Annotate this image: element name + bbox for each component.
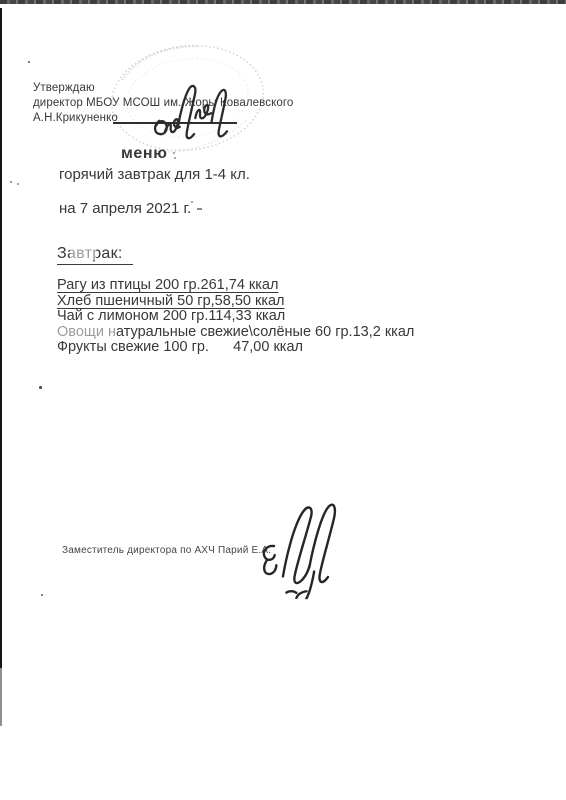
scan-left-edge-fade-artifact	[0, 668, 2, 726]
scan-speck	[10, 181, 12, 183]
deputy-signer-title: Заместитель директора по АХЧ Парий Е.А.	[62, 545, 271, 557]
scan-dash-artifact	[197, 208, 202, 210]
menu-item: Фрукты свежие 100 гр. 47,00 ккал	[57, 340, 414, 356]
scan-speck	[17, 183, 19, 185]
menu-item-list: Рагу из птицы 200 гр.261,74 ккал Хлеб пш…	[57, 278, 414, 356]
scan-top-edge-artifact	[0, 0, 566, 4]
scan-speck	[39, 386, 42, 389]
scan-speck	[41, 594, 43, 596]
menu-item: Хлеб пшеничный 50 гр,58,50 ккал	[57, 294, 414, 310]
scan-speck	[173, 152, 175, 154]
scan-speck	[174, 157, 176, 159]
scanned-menu-document: Утверждаю директор МБОУ МСОШ им. Жоры Ко…	[0, 0, 566, 800]
scan-speck	[28, 61, 30, 63]
document-date: на 7 апреля 2021 г.	[59, 200, 191, 217]
deputy-director-signature	[256, 494, 344, 601]
document-title: меню	[121, 146, 167, 162]
scan-left-edge-artifact	[0, 8, 2, 668]
menu-item: Овощи натуральные свежие\солёные 60 гр.1…	[57, 325, 414, 341]
meal-section-heading: Завтрак:	[57, 246, 133, 265]
director-signature	[147, 75, 243, 152]
document-subtitle: горячий завтрак для 1-4 кл.	[59, 166, 250, 183]
menu-item: Чай с лимоном 200 гр.114,33 ккал	[57, 309, 414, 325]
scan-speck	[191, 201, 193, 203]
menu-item: Рагу из птицы 200 гр.261,74 ккал	[57, 278, 414, 294]
